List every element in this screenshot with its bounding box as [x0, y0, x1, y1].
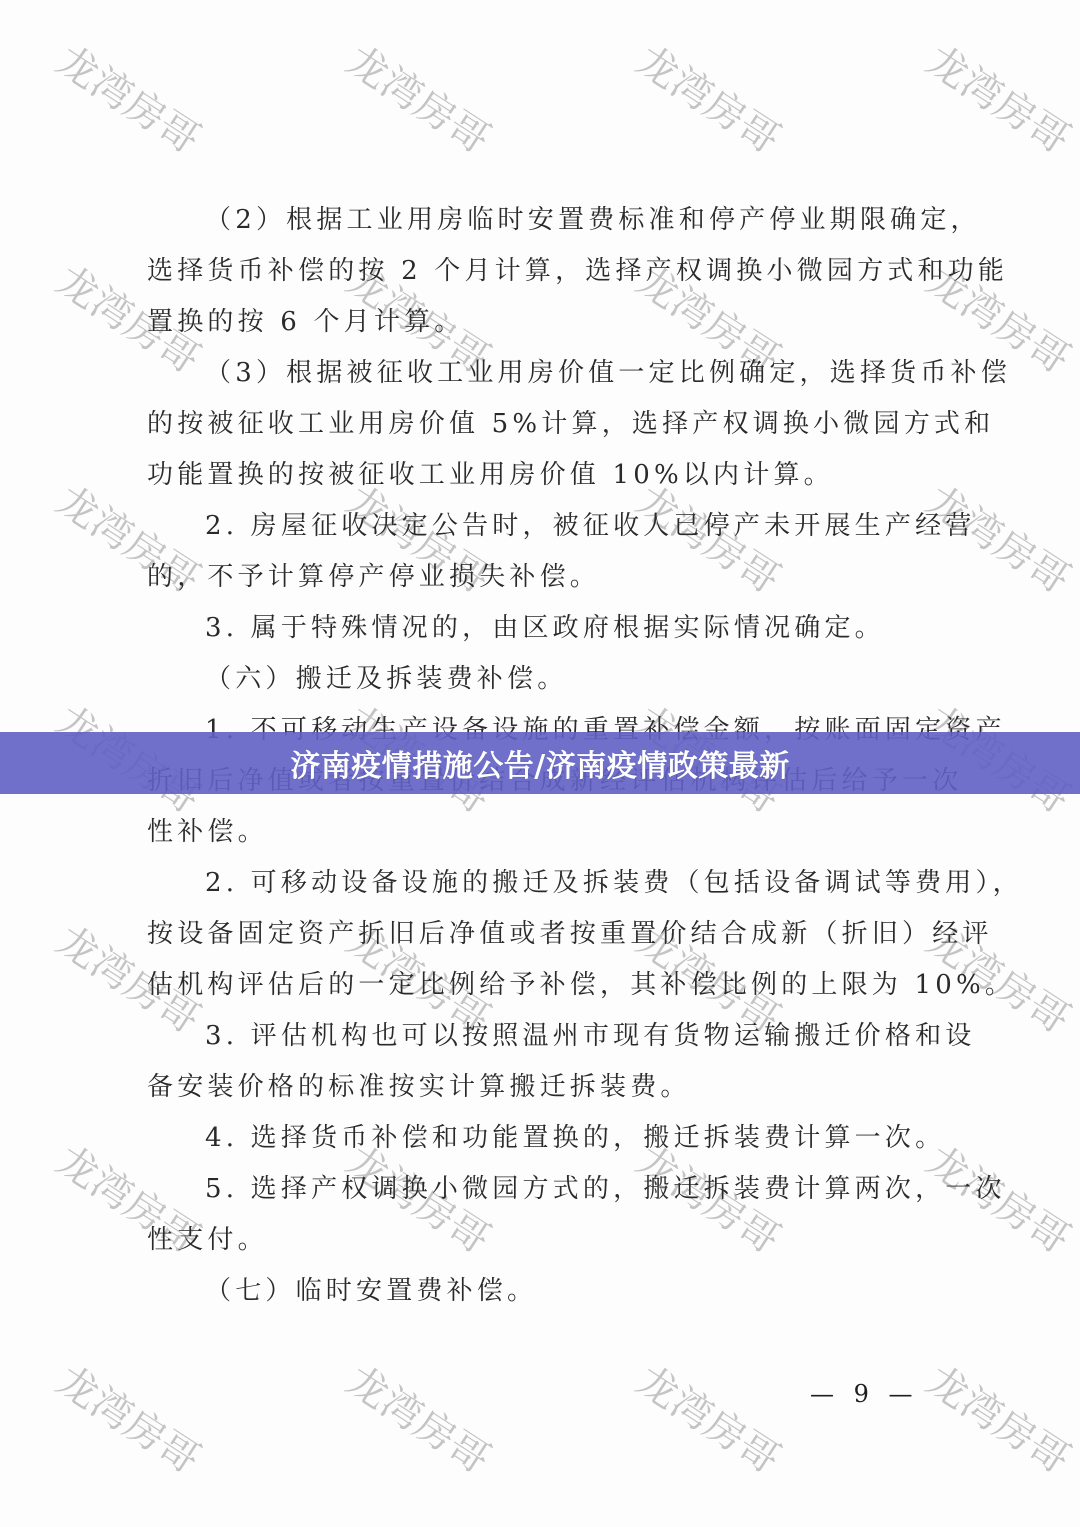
document-line: 按设备固定资产折旧后净值或者按重置价结合成新（折旧）经评: [147, 919, 993, 949]
document-line: 置换的按 6 个月计算。: [147, 307, 464, 337]
document-line: 5. 选择产权调换小微园方式的，搬迁拆装费计算两次，一次: [205, 1174, 1006, 1204]
document-line: 3. 评估机构也可以按照温州市现有货物运输搬迁价格和设: [205, 1021, 975, 1051]
document-line: 2. 房屋征收决定公告时，被征收人已停产未开展生产经营: [205, 511, 975, 541]
banner-title: 济南疫情措施公告/济南疫情政策最新: [290, 741, 789, 785]
document-line: 性支付。: [147, 1225, 268, 1255]
document-line: 3. 属于特殊情况的，由区政府根据实际情况确定。: [205, 613, 885, 643]
page-number: — 9 —: [810, 1380, 919, 1408]
document-line: 的按被征收工业用房价值 5%计算，选择产权调换小微园方式和: [147, 409, 994, 439]
document-line: 功能置换的按被征收工业用房价值 10%以内计算。: [147, 460, 834, 490]
document-line: 估机构评估后的一定比例给予补偿，其补偿比例的上限为 10%。: [147, 970, 1015, 1000]
document-line: 选择货币补偿的按 2 个月计算，选择产权调换小微园方式和功能: [147, 256, 1008, 286]
document-line: 备安装价格的标准按实计算搬迁拆装费。: [147, 1072, 691, 1102]
document-line: （六）搬迁及拆装费补偿。: [205, 664, 567, 694]
document-line: 4. 选择货币补偿和功能置换的，搬迁拆装费计算一次。: [205, 1123, 945, 1153]
title-banner: 济南疫情措施公告/济南疫情政策最新: [0, 732, 1080, 794]
document-line: 性补偿。: [147, 817, 268, 847]
document-line: 的，不予计算停产停业损失补偿。: [147, 562, 600, 592]
document-line: 2. 可移动设备设施的搬迁及拆装费（包括设备调试等费用），: [205, 868, 1023, 898]
document-line: （3）根据被征收工业用房价值一定比例确定，选择货币补偿: [205, 358, 1011, 388]
document-line: （七）临时安置费补偿。: [205, 1276, 537, 1306]
document-line: （2）根据工业用房临时安置费标准和停产停业期限确定，: [205, 205, 981, 235]
